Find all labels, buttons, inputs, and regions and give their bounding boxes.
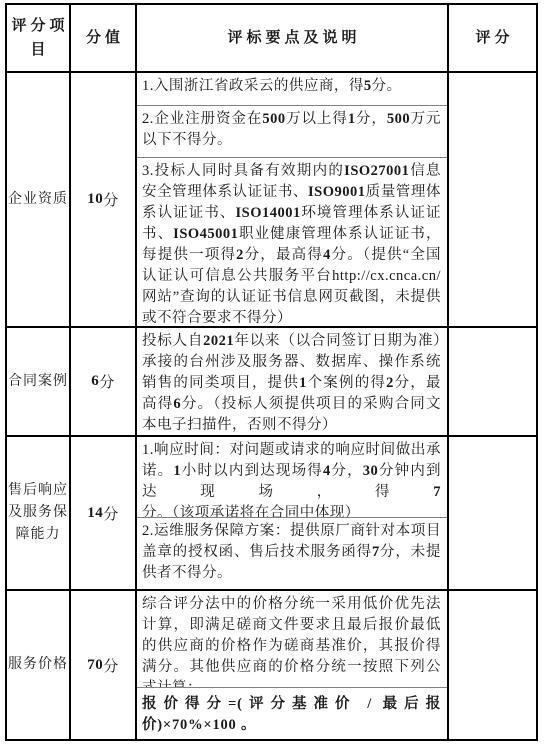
row-item-label: 售后响应及服务保障能力 [7,437,71,591]
evaluation-table: 评分项目 分值 评标要点及说明 评分 企业资质 10分 1.入围浙江省政采云的供… [5,3,538,741]
criteria-item: 3.投标人同时具备有效期内的ISO27001信息安全管理体系认证证书、ISO90… [137,157,447,326]
row-criteria: 投标人自2021年以来（以合同签订日期为准）承接的台州涉及服务器、数据库、操作系… [137,328,449,437]
row-item-label: 合同案例 [7,328,71,437]
header-cell-points: 分值 [71,5,137,73]
row-points: 10分 [71,73,137,328]
row-criteria: 1.响应时间：对问题或请求的响应时间做出承诺。1小时以内到达现场得4分，30分钟… [137,437,449,591]
criteria-price-formula: 报价得分=(评分基准价 / 最后报价)×70%×100 。 [137,687,447,739]
row-criteria: 1.入围浙江省政采云的供应商，得5分。 2.企业注册资金在500万以上得1分，5… [137,73,449,328]
criteria-item: 2.运维服务保障方案：提供原厂商针对本项目盖章的授权函、售后技术服务函得7分，未… [137,517,447,589]
criteria-item: 1.响应时间：对问题或请求的响应时间做出承诺。1小时以内到达现场得4分，30分钟… [137,437,447,517]
row-criteria: 综合评分法中的价格分统一采用低价优先法计算，即满足磋商文件要求且最后报价最低的供… [137,591,449,739]
criteria-item: 投标人自2021年以来（以合同签订日期为准）承接的台州涉及服务器、数据库、操作系… [137,328,447,435]
row-item-label: 企业资质 [7,73,71,328]
header-cell-item: 评分项目 [7,5,71,73]
score-cell [449,437,536,591]
row-item-label: 服务价格 [7,591,71,739]
criteria-item: 1.入围浙江省政采云的供应商，得5分。 [137,73,447,105]
criteria-item: 2.企业注册资金在500万以上得1分，500万元以下不得分。 [137,105,447,157]
score-cell [449,591,536,739]
header-cell-score: 评分 [449,5,536,73]
score-cell [449,73,536,328]
score-cell [449,328,536,437]
criteria-item: 综合评分法中的价格分统一采用低价优先法计算，即满足磋商文件要求且最后报价最低的供… [137,591,447,687]
row-points: 6分 [71,328,137,437]
header-cell-criteria: 评标要点及说明 [137,5,449,73]
row-points: 70分 [71,591,137,739]
row-points: 14分 [71,437,137,591]
